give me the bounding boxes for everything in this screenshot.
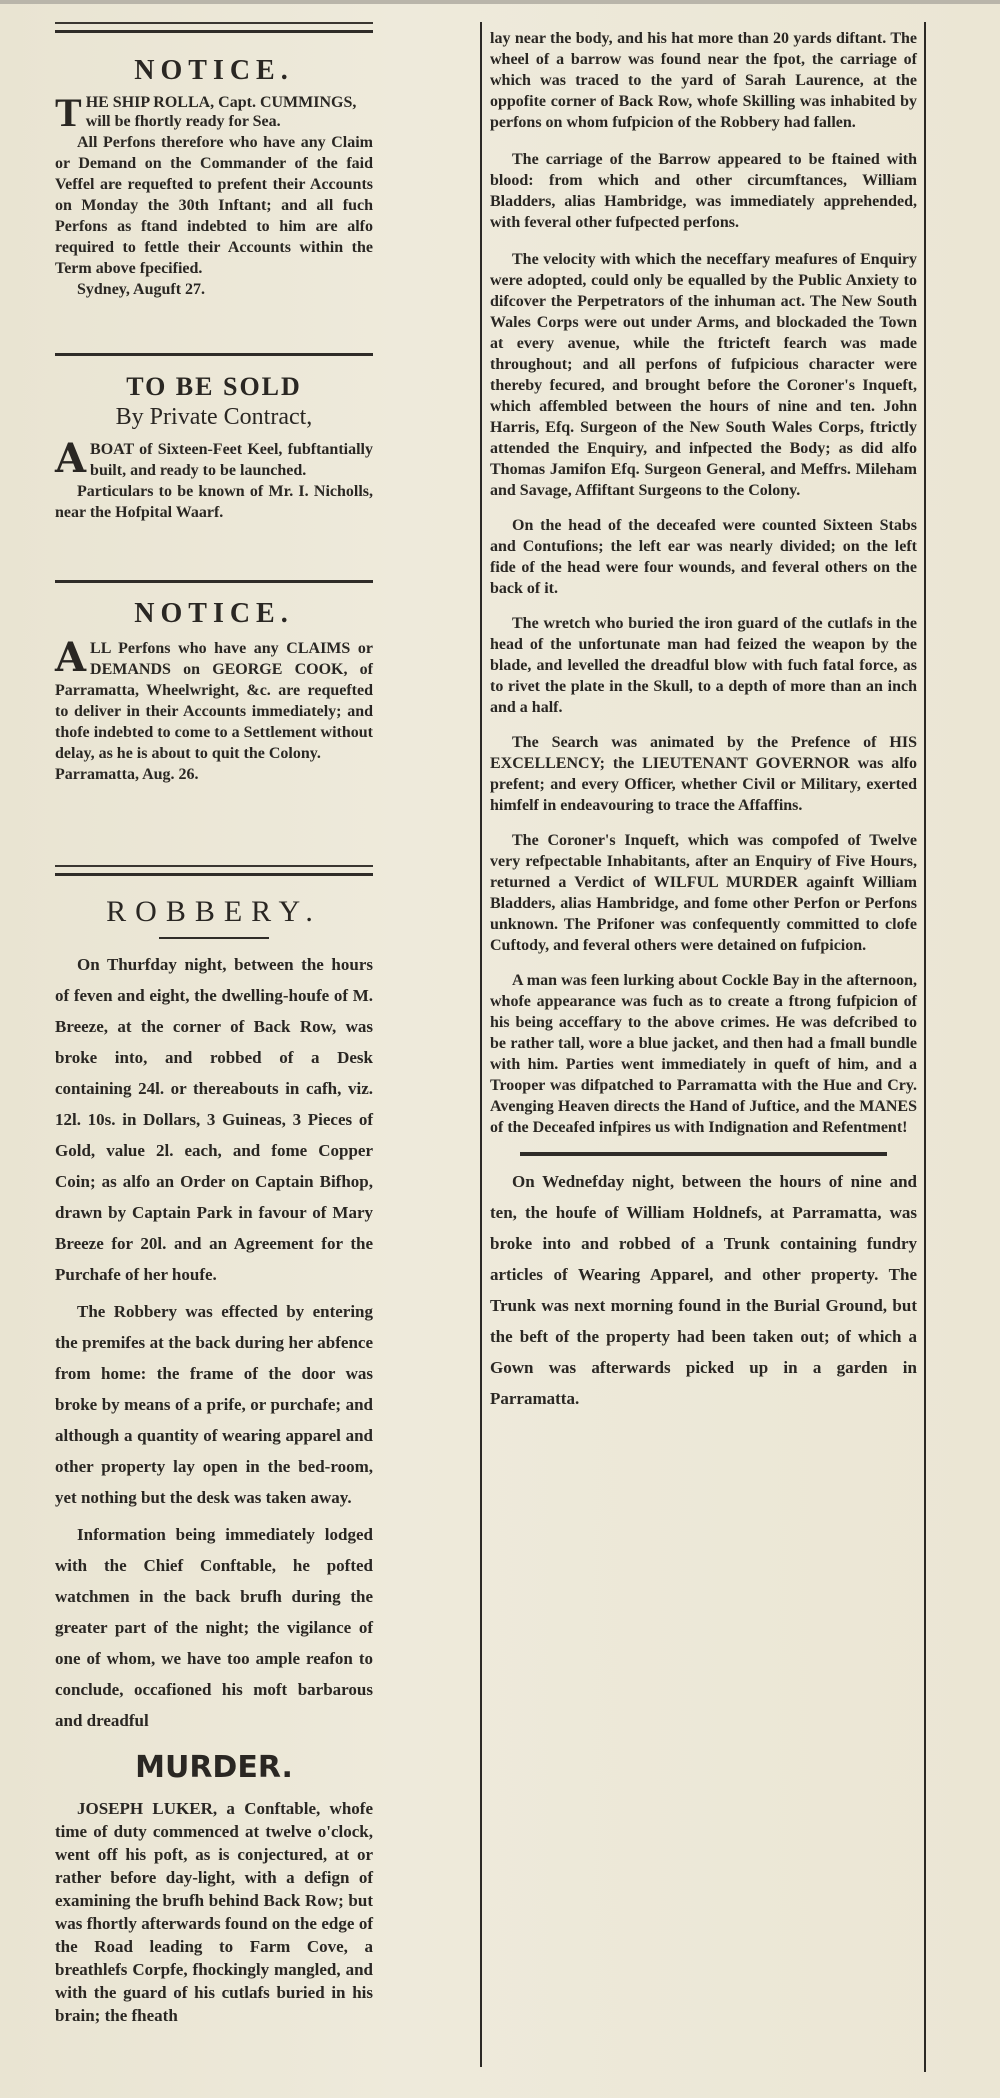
notice-heading: NOTICE.	[55, 55, 373, 87]
for-sale-particulars: Particulars to be known of Mr. I. Nichol…	[55, 481, 373, 523]
robbery-paragraph-2: The Robbery was effected by entering the…	[55, 1296, 373, 1513]
robbery-paragraph-1: On Thurfday night, between the hours of …	[55, 949, 373, 1290]
robbery-paragraph-3: Information being immediately lodged wit…	[55, 1519, 373, 1736]
article-paragraph-8: A man was feen lurking about Cockle Bay …	[490, 970, 917, 1138]
drop-cap: A	[55, 441, 86, 477]
for-sale-subheading: By Private Contract,	[55, 404, 373, 431]
drop-cap: A	[55, 640, 86, 676]
heading-underline	[159, 937, 269, 939]
article-paragraph-3: The velocity with which the neceffary me…	[490, 249, 917, 501]
robbery-heading: ROBBERY.	[55, 895, 373, 929]
notice-body: All Perfons therefore who have any Claim…	[55, 132, 373, 279]
page-top-edge	[0, 0, 1000, 4]
article-paragraph-5: The wretch who buried the iron guard of …	[490, 613, 917, 718]
notice-dateline: Sydney, Auguft 27.	[55, 279, 373, 300]
section-rule	[520, 1152, 887, 1156]
notice-dateline: Parramatta, Aug. 26.	[55, 764, 373, 785]
article-paragraph-7: The Coroner's Inqueft, which was compofe…	[490, 830, 917, 956]
article-paragraph-6: The Search was animated by the Prefence …	[490, 732, 917, 816]
notice-heading: NOTICE.	[55, 598, 373, 630]
notice-ship-rolla: NOTICE. T HE SHIP ROLLA, Capt. CUMMINGS,…	[55, 55, 373, 300]
notice-lead-line: HE SHIP ROLLA, Capt. CUMMINGS,	[55, 93, 373, 112]
to-be-sold-ad: TO BE SOLD By Private Contract, A BOAT o…	[55, 372, 373, 523]
double-rule	[55, 865, 373, 879]
for-sale-body: BOAT of Sixteen-Feet Keel, fubftantially…	[55, 439, 373, 481]
newspaper-page: NOTICE. T HE SHIP ROLLA, Capt. CUMMINGS,…	[0, 0, 1000, 2098]
drop-cap: T	[55, 95, 82, 131]
double-rule	[55, 22, 373, 36]
article-paragraph-9: On Wednefday night, between the hours of…	[490, 1166, 917, 1414]
notice-line-2: will be fhortly ready for Sea.	[55, 112, 373, 131]
article-paragraph-4: On the head of the deceafed were counted…	[490, 515, 917, 599]
murder-paragraph-1: JOSEPH LUKER, a Conftable, whofe time of…	[55, 1797, 373, 2027]
notice-george-cook: NOTICE. A LL Perfons who have any CLAIMS…	[55, 598, 373, 785]
murder-heading: MURDER.	[55, 1750, 373, 1785]
column-rule-right	[924, 22, 926, 2072]
notice-body: LL Perfons who have any CLAIMS or DEMAND…	[55, 638, 373, 764]
section-rule	[55, 580, 373, 583]
article-paragraph-1: lay near the body, and his hat more than…	[490, 28, 917, 133]
robbery-article: ROBBERY. On Thurfday night, between the …	[55, 895, 373, 2027]
column-rule-left	[480, 22, 482, 2067]
article-paragraph-2: The carriage of the Barrow appeared to b…	[490, 149, 917, 233]
for-sale-heading: TO BE SOLD	[55, 372, 373, 402]
section-rule	[55, 353, 373, 356]
